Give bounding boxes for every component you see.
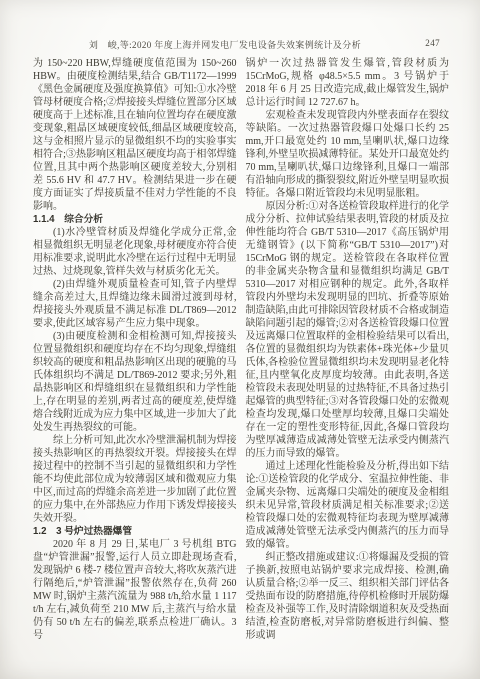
body-paragraph: 锅炉一次过热器管发生爆管,管段材质为 15CrMoG,规格 φ48.5×5.5 …	[246, 57, 450, 109]
running-header: 刘 峻,等:2020 年度上海并网发电厂发电设备失效案例统计及分析 247	[50, 38, 440, 52]
page-number: 247	[425, 38, 440, 48]
body-paragraph: 通过上述理化性能检验及分析,得出如下结论:①送检管段的化学成分、室温拉伸性能、非…	[246, 460, 450, 551]
column-left: 为 150~220 HBW,焊缝硬度值范围为 150~260 HBW。由硬度检测…	[33, 57, 237, 642]
body-paragraph: 为 150~220 HBW,焊缝硬度值范围为 150~260 HBW。由硬度检测…	[33, 57, 237, 213]
body-paragraph: (2)由焊缝外观质量检查可知,管子内壁焊缝余高差过大,且焊缝边缘未圆滑过渡到母材…	[33, 278, 237, 330]
body-paragraph: 综上分析可知,此次水冷壁泄漏机制为焊接接头热影响区的再热裂纹开裂。焊接接头在焊接…	[33, 434, 237, 525]
body-paragraph: 纠正整改措施或建议:①将爆漏及受损的管子换新,按照电站锅炉要求完成焊接、检测,确…	[246, 551, 450, 642]
column-right: 锅炉一次过热器管发生爆管,管段材质为 15CrMoG,规格 φ48.5×5.5 …	[246, 57, 450, 642]
section-heading: 1.2 3 号炉过热器爆管	[33, 525, 237, 538]
body-paragraph: (1)水冷壁管材质及焊缝化学成分正常,金相显微组织无明显老化现象,母材硬度亦符合…	[33, 226, 237, 278]
body-paragraph: 2020 年 8 月 29 日,某电厂 3 号机组 BTG 盘“炉管泄漏”报警,…	[33, 538, 237, 642]
body-paragraph: 原因分析:①对各送检管段取样进行的化学成分分析、拉伸试验结果表明,管段的材质及拉…	[246, 200, 450, 460]
body-paragraph: (3)由硬度检测和金相检测可知,焊接接头位置显微组织和硬度均存在不均匀现象,焊缝…	[33, 330, 237, 434]
journal-page: 刘 峻,等:2020 年度上海并网发电厂发电设备失效案例统计及分析 247 为 …	[0, 0, 480, 679]
body-paragraph: 宏观检查未发现管段内外壁表面存在裂纹等缺陷。一次过热器管段爆口处爆口长约 25 …	[246, 109, 450, 200]
section-heading: 1.1.4 综合分析	[33, 213, 237, 226]
running-title: 刘 峻,等:2020 年度上海并网发电厂发电设备失效案例统计及分析	[50, 38, 400, 51]
text-columns: 为 150~220 HBW,焊缝硬度值范围为 150~260 HBW。由硬度检测…	[33, 57, 449, 642]
